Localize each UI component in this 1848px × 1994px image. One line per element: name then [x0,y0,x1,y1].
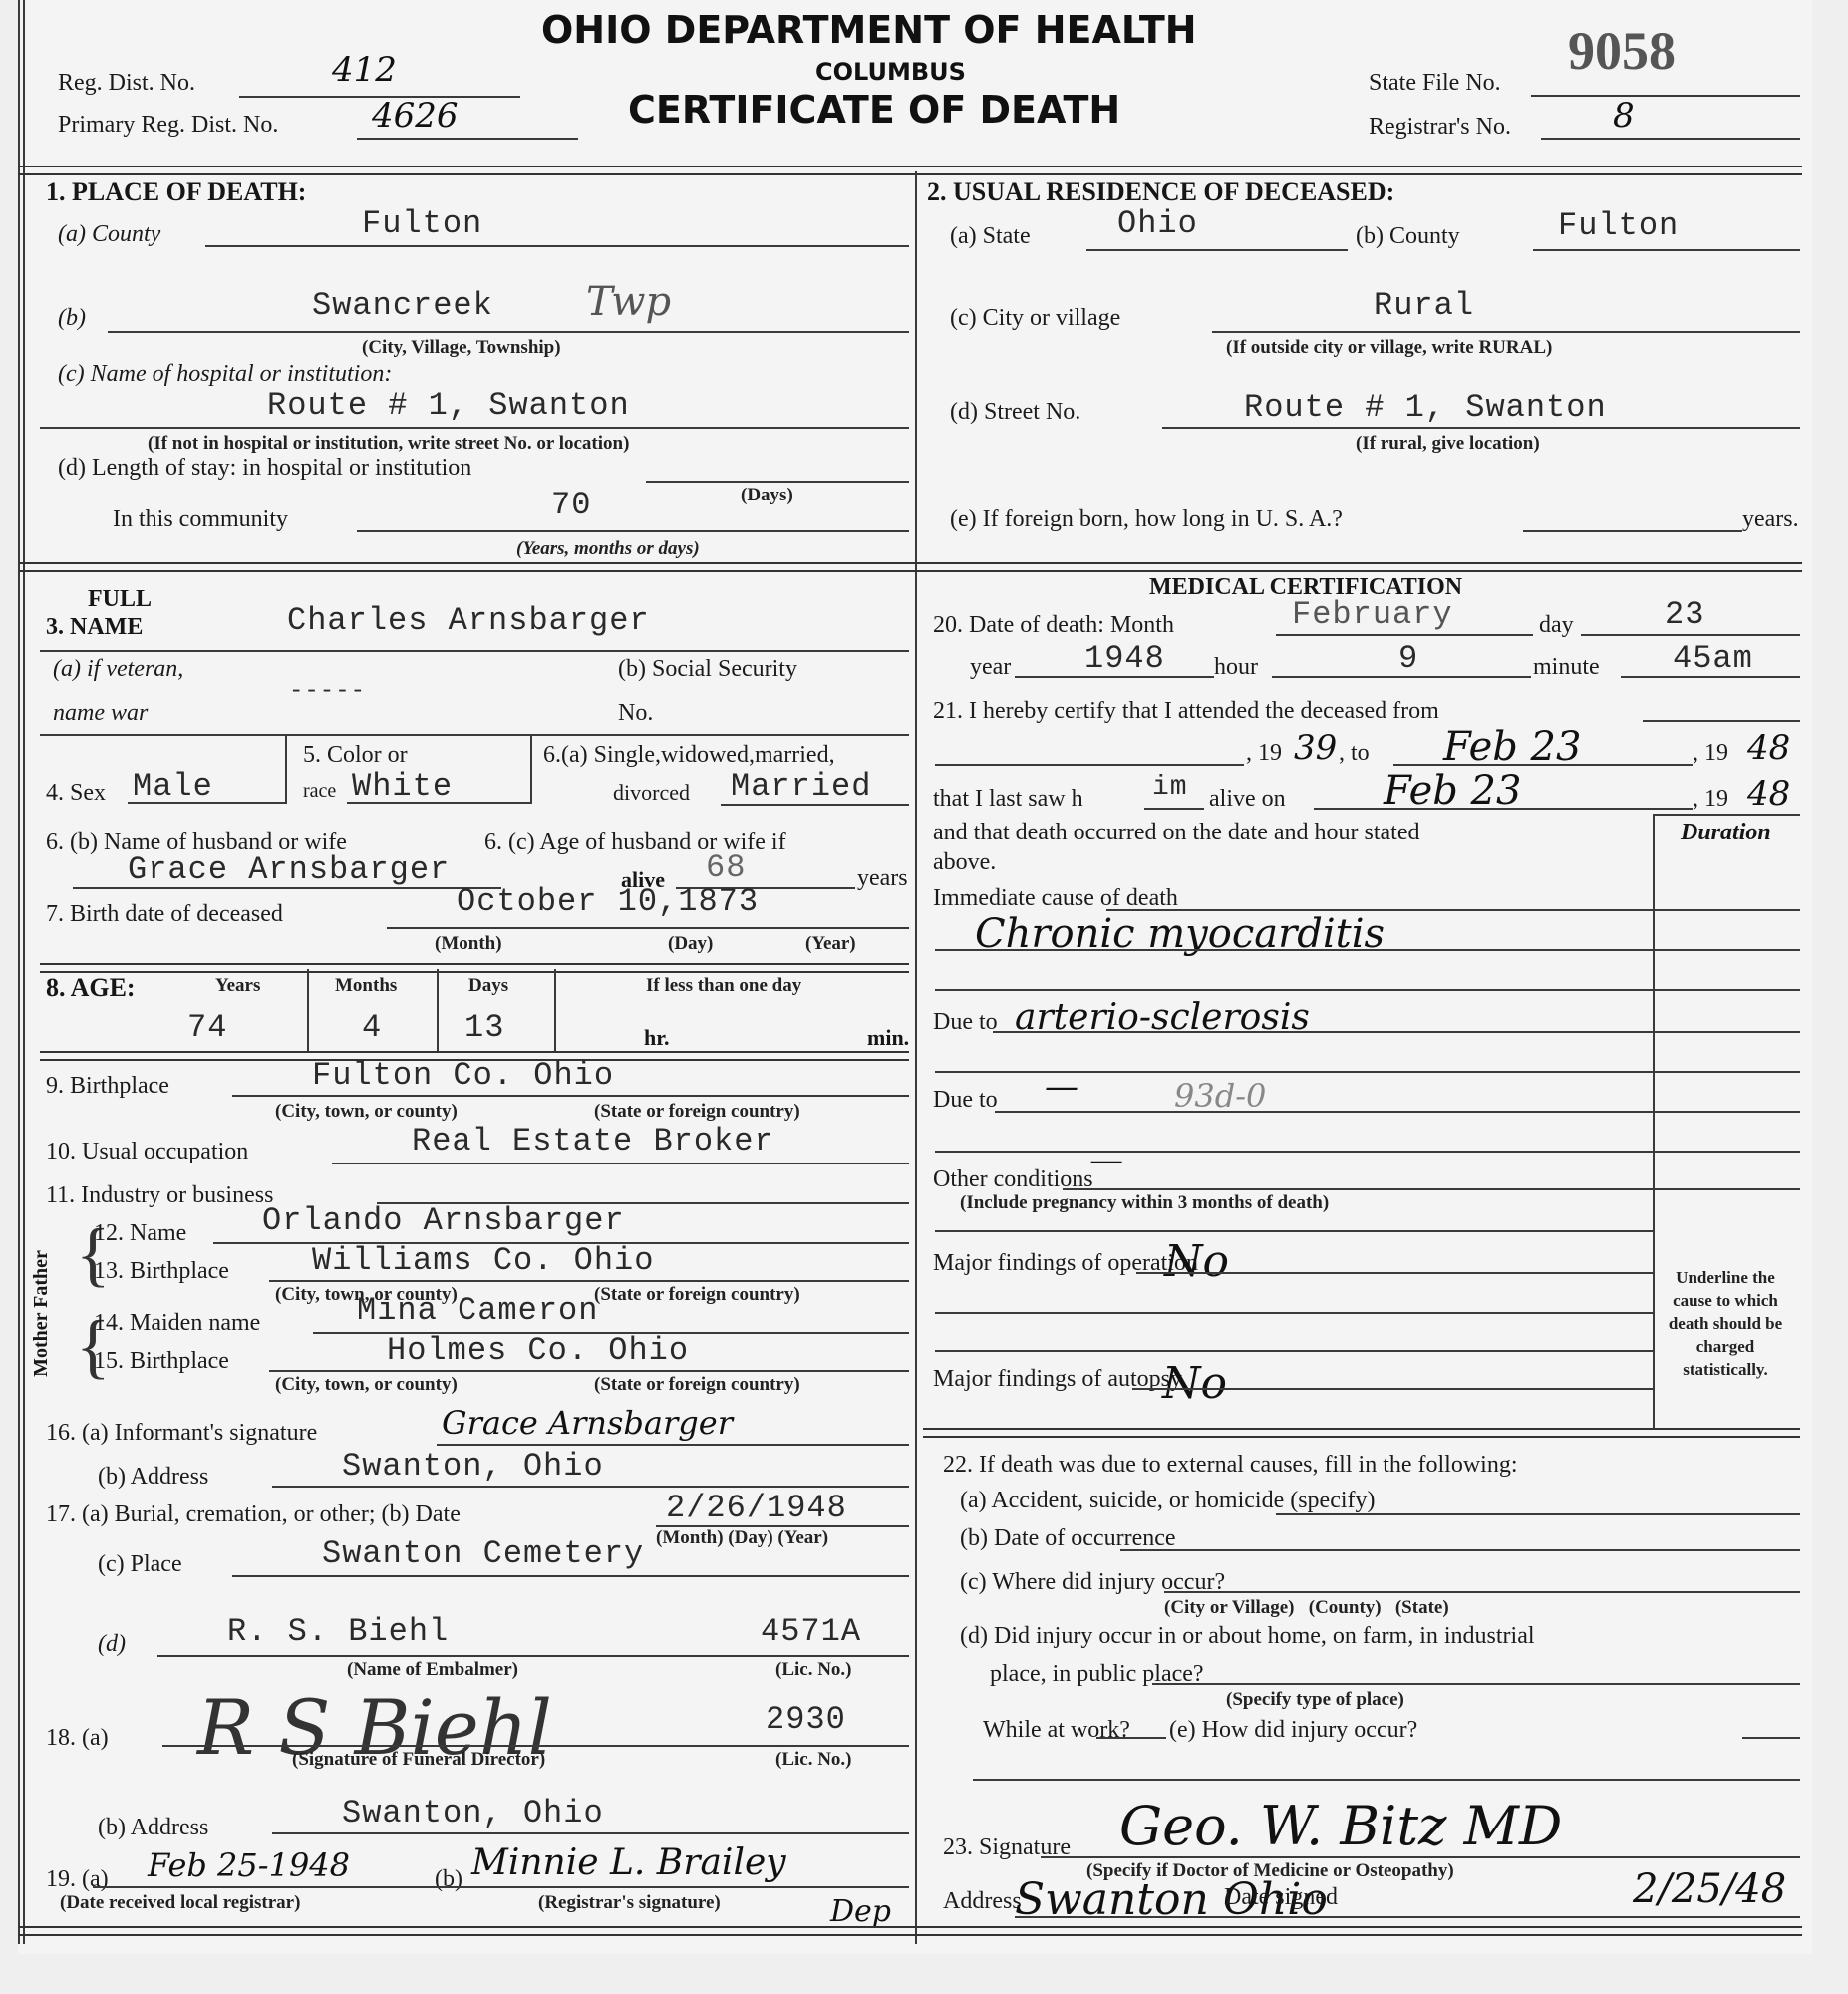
spouse-age: 68 [706,849,746,886]
external-a-label: (a) Accident, suicide, or homicide (spec… [960,1488,1376,1514]
industry-label: 11. Industry or business [46,1182,273,1209]
funeral-license: 2930 [766,1701,846,1738]
county-label: (a) County [58,221,160,248]
spouse-name: Grace Arnsbarger [128,851,450,888]
certificate-title: CERTIFICATE OF DEATH [628,88,1120,132]
informant-signature: Grace Arnsbarger [442,1404,733,1442]
mother-birthplace-label: 15. Birthplace [94,1348,229,1375]
veteran-label2: name war [53,700,148,727]
community-value: 70 [551,487,591,523]
funeral-address: Swanton, Ohio [342,1795,604,1831]
birthplace-label: 9. Birthplace [46,1073,169,1100]
res-street-value: Route # 1, Swanton [1244,389,1607,426]
res-state-value: Ohio [1117,205,1198,242]
mother-name-value: Mina Cameron [357,1292,598,1329]
birthplace-city-hint: (City, town, or county) [275,1101,458,1123]
res-city-label: (c) City or village [950,305,1120,332]
stated-label: and that death occurred on the date and … [933,820,1419,846]
hr-label: hr. [644,1025,669,1051]
certify-label: 21. I hereby certify that I attended the… [933,698,1439,725]
other-conditions-hint: (Include pregnancy within 3 months of de… [960,1192,1329,1214]
age-years-label: Years [215,975,260,997]
date-signed-label: Date signed [1224,1884,1338,1911]
deceased-name: Charles Arnsbarger [287,602,650,639]
last-saw-label: that I last saw h [933,786,1083,813]
ss-label: (b) Social Security [618,656,797,683]
res-street-hint: (If rural, give location) [1356,433,1540,455]
res-state-label: (a) State [950,223,1031,250]
minute-label: minute [1533,654,1600,681]
due-to-1-label: Due to [933,1009,998,1036]
marital-value: Married [731,768,871,805]
mother-state-hint: (State or foreign country) [594,1374,800,1396]
res-county-label: (b) County [1356,223,1460,250]
to-label: , to [1339,740,1370,767]
min-label: min. [867,1025,909,1051]
physician-address-label: Address [943,1888,1022,1915]
sex-value: Male [133,768,213,805]
registrar-label-b: (b) [435,1866,462,1893]
primary-reg-label: Primary Reg. Dist. No. [58,112,278,139]
external-heading: 22. If death was due to external causes,… [943,1452,1518,1479]
birth-month-hint: (Month) [435,933,502,955]
birthplace-value: Fulton Co. Ohio [312,1057,614,1094]
dod-label: 20. Date of death: Month [933,612,1174,639]
registrar-label-a: 19. (a) [46,1866,109,1893]
autopsy-value: No [1162,1358,1227,1409]
burial-date: 2/26/1948 [666,1490,847,1526]
mother-father-side-label: Mother Father [30,1250,53,1377]
marital-label: 6.(a) Single,widowed,married, [543,742,835,769]
duration-label: Duration [1681,820,1771,846]
community-label: In this community [113,506,288,533]
dod-minute: 45am [1673,640,1753,677]
age-years: 74 [187,1009,227,1046]
dod-day: 23 [1665,596,1704,633]
funeral-sig-hint: (Signature of Funeral Director) [292,1749,545,1771]
hospital-hint: (If not in hospital or institution, writ… [148,433,629,455]
embalmer-label: (d) [98,1631,126,1658]
residence-heading: 2. USUAL RESIDENCE OF DECEASED: [927,177,1394,207]
father-birthplace-value: Williams Co. Ohio [312,1242,654,1279]
age-months-label: Months [335,975,397,997]
burial-place: Swanton Cemetery [322,1535,644,1572]
from-year-prefix: , 19 [1246,740,1282,767]
mother-birthplace-value: Holmes Co. Ohio [387,1332,689,1369]
dod-year: 1948 [1084,640,1165,677]
embalmer-license: 4571A [761,1613,861,1650]
registrar-date: Feb 25-1948 [148,1846,350,1884]
mother-city-hint: (City, town, or county) [275,1374,458,1396]
registrar-signature: Minnie L. Brailey [471,1842,786,1883]
last-saw-pronoun: im [1152,772,1188,803]
to-year-prefix: , 19 [1693,740,1728,767]
burial-place-label: (c) Place [98,1551,182,1578]
underline-note: Underline the cause to which death shoul… [1659,1266,1792,1381]
funeral-address-label: (b) Address [98,1815,208,1841]
day-label: day [1539,612,1574,639]
informant-address-label: (b) Address [98,1464,208,1491]
dod-month: February [1292,596,1453,633]
veteran-label: (a) if veteran, [53,656,183,683]
sex-label: 4. Sex [46,780,106,807]
community-hint: (Years, months or days) [516,538,700,560]
place-of-death-heading: 1. PLACE OF DEATH: [46,177,306,207]
registrar-no-value: 8 [1613,96,1635,136]
age-months: 4 [362,1009,382,1046]
external-c-hint: (City or Village) (County) (State) [1164,1597,1449,1619]
years-label: years [857,865,908,892]
birth-year-hint: (Year) [805,933,856,955]
embalmer-name: R. S. Biehl [227,1613,449,1650]
foreign-suffix: years. [1742,506,1799,533]
name-label: 3. NAME [46,614,143,641]
registrar-deputy: Dep [830,1894,891,1929]
birth-date-value: October 10,1873 [457,883,759,920]
color-label: 5. Color or [303,742,408,769]
due-to-2-value: — [1045,1067,1078,1107]
hour-label: hour [1214,654,1258,681]
date-signed-value: 2/25/48 [1633,1866,1786,1912]
full-label: FULL [88,586,152,613]
operation-value: No [1164,1236,1229,1287]
to-year: 48 [1747,728,1790,768]
external-d-hint: (Specify type of place) [1226,1689,1404,1711]
external-b-label: (b) Date of occurrence [960,1525,1176,1552]
death-certificate: OHIO DEPARTMENT OF HEALTH COLUMBUS CERTI… [18,0,1812,1954]
county-value: Fulton [362,205,482,242]
registrar-date-hint: (Date received local registrar) [60,1892,300,1914]
township-hint: (City, Village, Township) [362,337,561,359]
burial-date-hint: (Month) (Day) (Year) [656,1527,828,1549]
less-than-day-label: If less than one day [646,975,801,997]
other-conditions-value: — [1089,1141,1123,1180]
foreign-label: (e) If foreign born, how long in U. S. A… [950,506,1343,533]
embalmer-hint: (Name of Embalmer) [347,1659,518,1681]
while-at-work-label: While at work? [983,1717,1130,1744]
res-city-hint: (If outside city or village, write RURAL… [1226,337,1552,359]
res-county-value: Fulton [1558,207,1679,244]
hospital-label: (c) Name of hospital or institution: [58,361,392,388]
year-label: year [970,654,1011,681]
reg-dist-value: 412 [332,50,397,90]
father-birthplace-label: 13. Birthplace [94,1258,229,1285]
state-file-number: 9058 [1568,20,1676,82]
mother-name-label: 14. Maiden name [94,1310,260,1337]
informant-sig-label: 16. (a) Informant's signature [46,1420,317,1447]
due-to-2-label: Due to [933,1087,998,1114]
alive-year: 48 [1747,774,1790,814]
dod-hour: 9 [1398,640,1418,677]
age-days-label: Days [468,975,508,997]
occupation-value: Real Estate Broker [412,1123,774,1160]
immediate-label: Immediate cause of death [933,885,1178,912]
ss-label2: No. [618,700,653,727]
funeral-label: 18. (a) [46,1725,109,1752]
res-street-label: (d) Street No. [950,399,1080,426]
birth-date-label: 7. Birth date of deceased [46,901,283,928]
father-state-hint: (State or foreign country) [594,1284,800,1306]
veteran-value: ----- [289,678,366,705]
external-e-label: (e) How did injury occur? [1169,1717,1417,1744]
city-title: COLUMBUS [815,58,966,86]
birth-day-hint: (Day) [668,933,713,955]
registrar-no-label: Registrar's No. [1369,114,1511,141]
days-hint: (Days) [741,485,793,506]
township-value: Swancreek [312,287,493,324]
registrar-sig-hint: (Registrar's signature) [538,1892,721,1914]
stated-label2: above. [933,849,996,876]
alive-on-label: alive on [1209,786,1286,813]
physician-signature: Geo. W. Bitz MD [1119,1795,1562,1857]
funeral-lic-hint: (Lic. No.) [775,1749,852,1771]
reg-dist-label: Reg. Dist. No. [58,70,195,97]
from-year: 39 [1294,728,1337,768]
birthplace-state-hint: (State or foreign country) [594,1101,800,1123]
township-hand: Twp [586,279,671,325]
race-label: race [303,780,336,803]
occupation-label: 10. Usual occupation [46,1139,248,1165]
dept-title: OHIO DEPARTMENT OF HEALTH [541,8,1197,52]
state-file-label: State File No. [1369,70,1501,97]
due-to-2-code: 93d-0 [1174,1077,1266,1115]
informant-address: Swanton, Ohio [342,1448,604,1485]
hospital-value: Route # 1, Swanton [267,387,630,424]
primary-reg-value: 4626 [372,96,459,136]
burial-label: 17. (a) Burial, cremation, or other; (b)… [46,1501,461,1528]
father-name-label: 12. Name [94,1220,186,1247]
external-d-label: (d) Did injury occur in or about home, o… [960,1623,1535,1650]
age-label: 8. AGE: [46,973,136,1003]
length-stay-label: (d) Length of stay: in hospital or insti… [58,455,471,482]
embalmer-lic-hint: (Lic. No.) [775,1659,852,1681]
race-value: White [352,768,453,805]
township-label: (b) [58,305,86,332]
alive-year-prefix: , 19 [1693,786,1728,813]
res-city-value: Rural [1374,287,1474,324]
age-days: 13 [464,1009,504,1046]
marital-label2: divorced [613,780,690,806]
father-name-value: Orlando Arnsbarger [262,1202,625,1239]
